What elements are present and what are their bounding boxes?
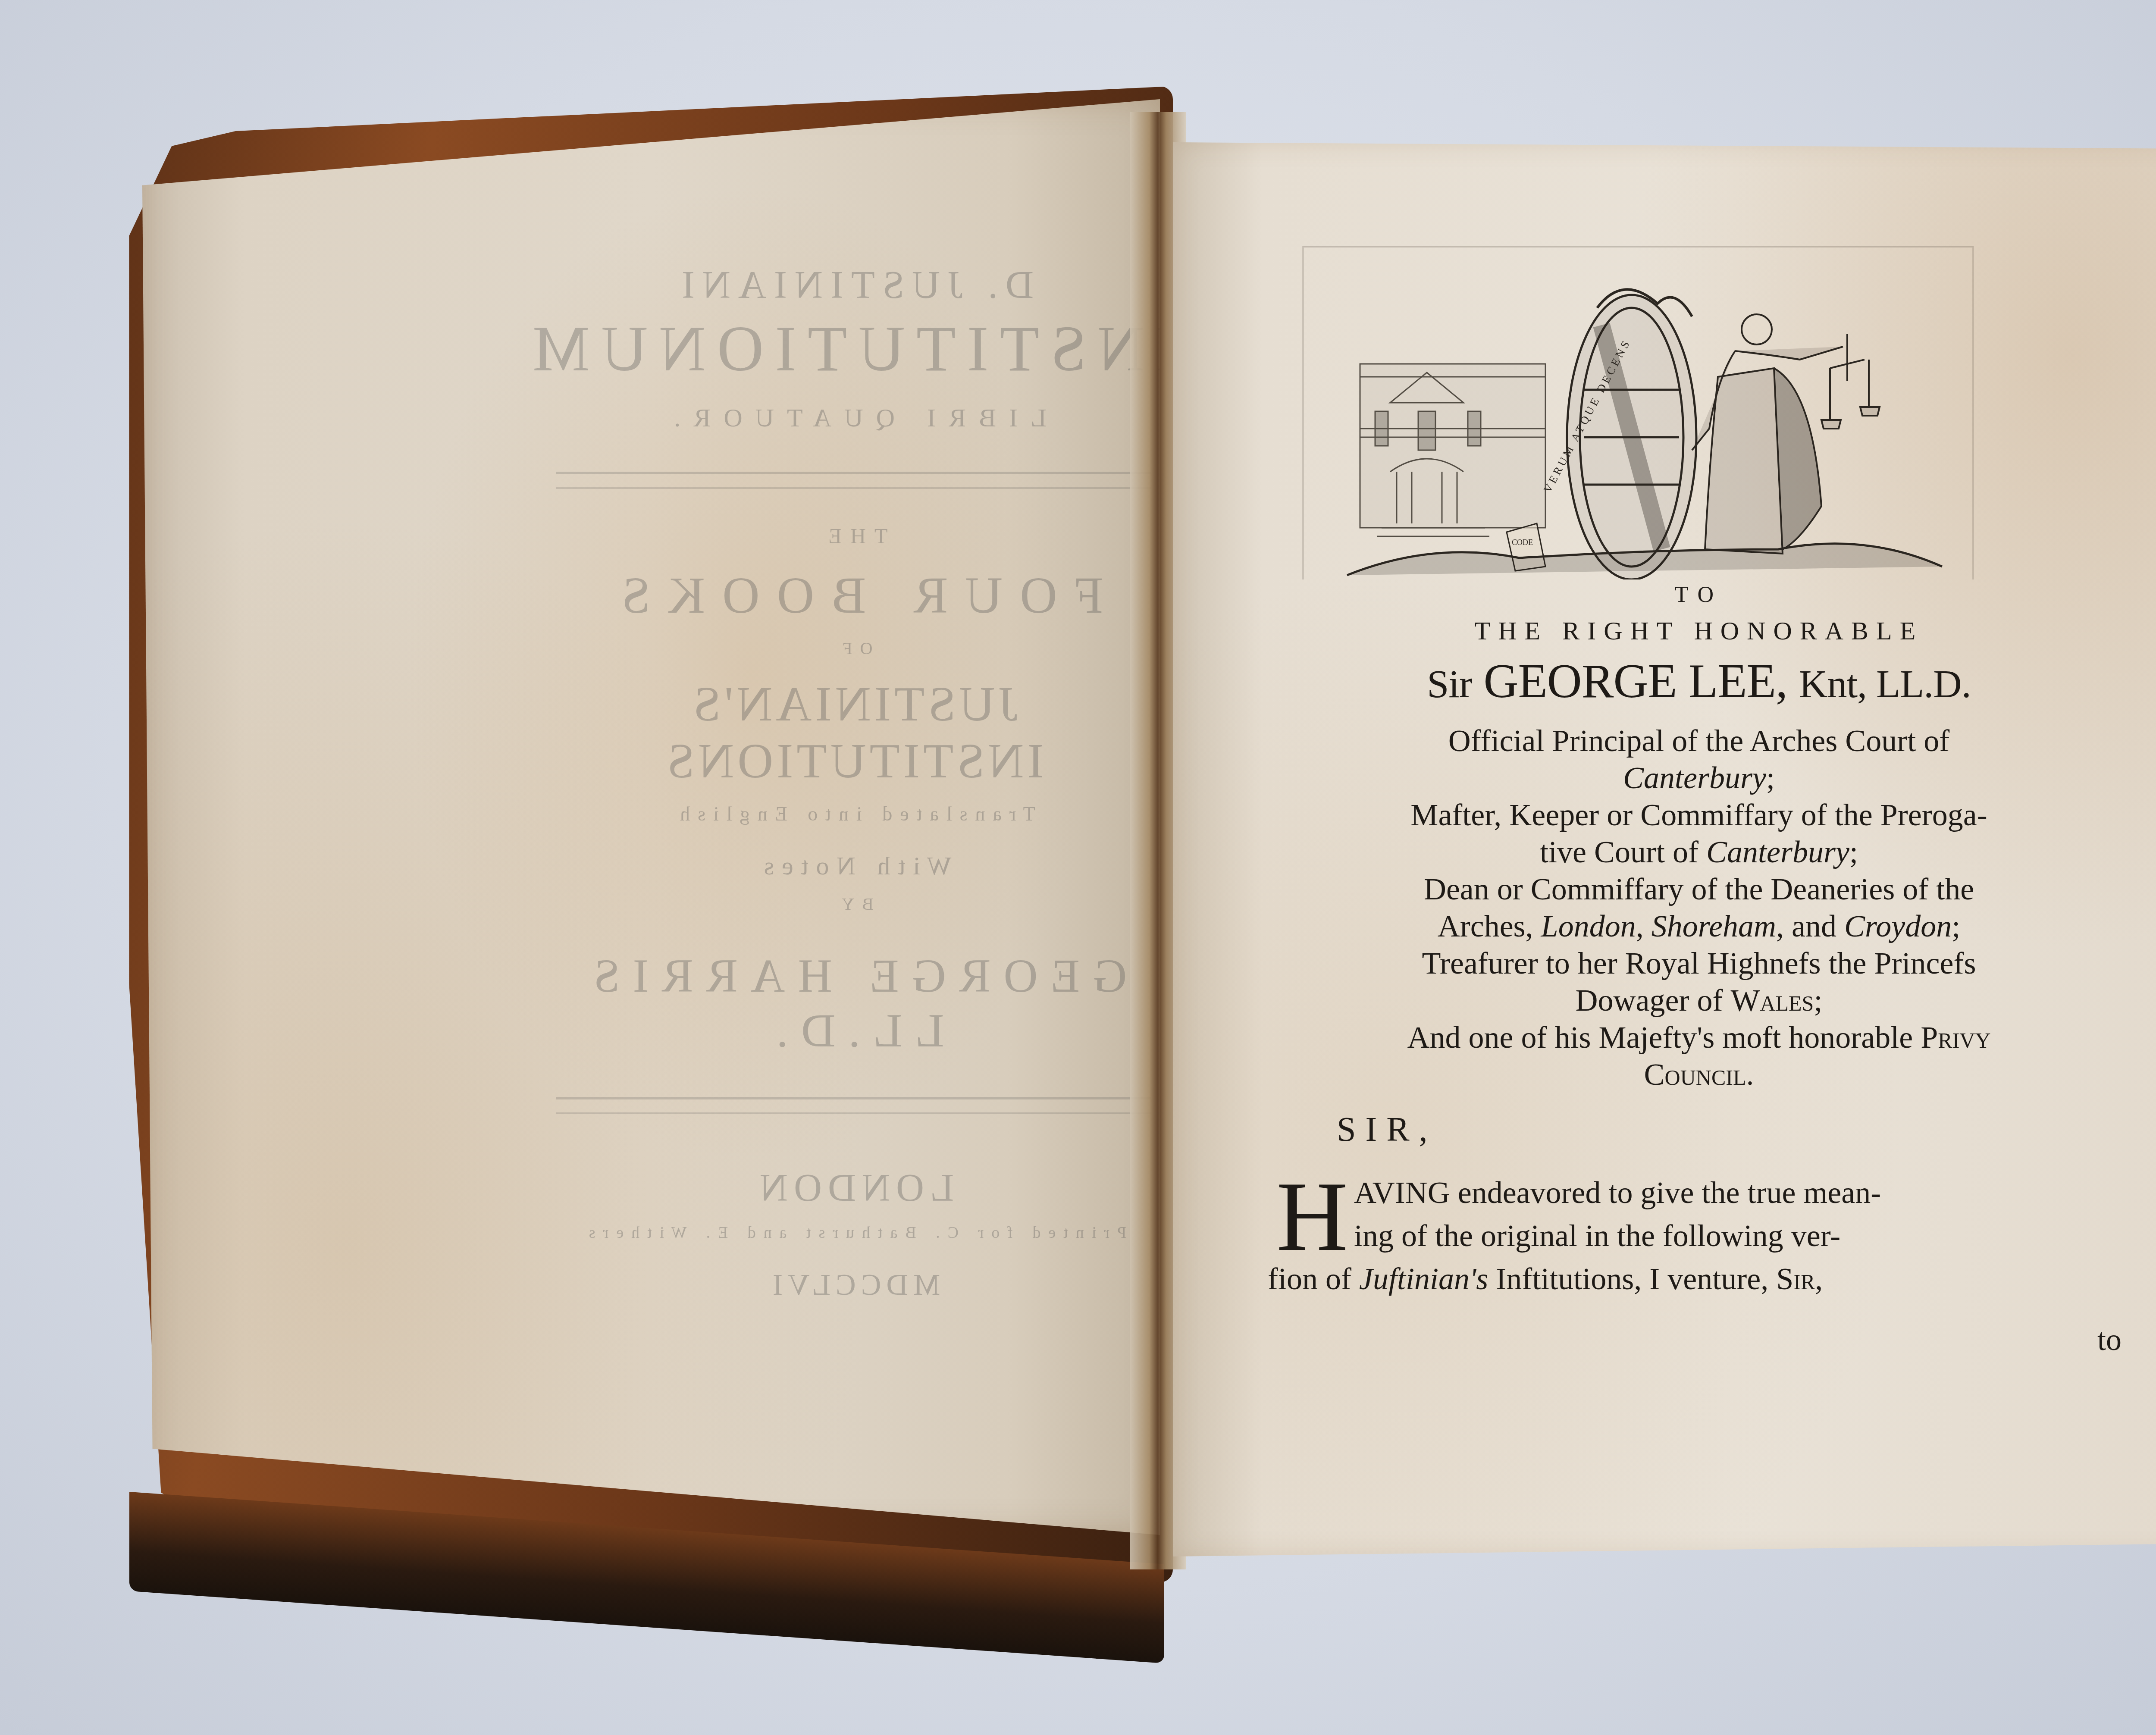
drop-cap: H: [1276, 1174, 1348, 1260]
name-sir: Sir: [1427, 662, 1472, 706]
italic-place: Canterbury: [1623, 761, 1766, 795]
text: And one of his Majefty's moft honorable: [1407, 1020, 1921, 1055]
offset-rule: [556, 487, 1151, 489]
offset-line: INSTITUTIONUM: [530, 312, 1177, 386]
title-line: Official Principal of the Arches Court o…: [1268, 722, 2130, 759]
offset-rule: [556, 1112, 1151, 1114]
title-line: Arches, London, Shoreham, and Croydon;: [1268, 908, 2130, 945]
offset-line: THE: [530, 523, 1177, 548]
addressee-prefix: THE RIGHT HONORABLE: [1268, 616, 2130, 646]
italic-place: Shoreham: [1651, 909, 1776, 943]
offset-line: JUSTINIAN'S INSTITUTIONS: [530, 676, 1177, 789]
punctuation: ;: [1849, 835, 1858, 869]
name-main: GEORGE LEE,: [1484, 655, 1787, 708]
salutation: SIR,: [1337, 1110, 2130, 1149]
offset-line: Printed for C. Bathurst and E. Withers: [530, 1223, 1177, 1242]
punctuation: ;: [1952, 909, 1960, 943]
right-page: CODE VERUM ATQUE DECENS TO THE RIGHT HON…: [1173, 142, 2156, 1556]
italic-name: Juftinian's: [1359, 1262, 1488, 1296]
left-page: D. JUSTINIANI INSTITUTIONUM LIBRI QUATUO…: [142, 99, 1160, 1535]
dedication-to: TO: [1268, 582, 2130, 608]
paragraph-line: ing of the original in the following ver…: [1268, 1214, 2130, 1257]
offset-line: D. JUSTINIANI: [530, 263, 1177, 307]
paragraph-line: AVING endeavored to give the true mean-: [1268, 1171, 2130, 1214]
name-suffix: Knt, LL.D.: [1799, 662, 1971, 706]
offset-line: MDCCLVI: [530, 1268, 1177, 1303]
small-caps-text: Wales: [1730, 983, 1814, 1018]
title-line: Canterbury;: [1268, 759, 2130, 796]
title-line: tive Court of Canterbury;: [1268, 833, 2130, 871]
title-line: Dowager of Wales;: [1268, 982, 2130, 1019]
text: Arches,: [1438, 909, 1541, 943]
engraved-headpiece: CODE VERUM ATQUE DECENS: [1302, 246, 1974, 579]
title-line: Mafter, Keeper or Commiffary of the Prer…: [1268, 796, 2130, 833]
offset-line: LONDON: [530, 1166, 1177, 1210]
title-line: Treafurer to her Royal Highnefs the Prin…: [1268, 945, 2130, 982]
italic-place: Croydon: [1844, 909, 1952, 943]
offset-line: With Notes: [530, 851, 1177, 881]
text: tive Court of: [1540, 835, 1706, 869]
italic-place: Canterbury: [1706, 835, 1849, 869]
title-page-offset: D. JUSTINIANI INSTITUTIONUM LIBRI QUATUO…: [530, 254, 1177, 1505]
offset-line: BY: [530, 894, 1177, 914]
punctuation: ,: [1815, 1262, 1823, 1296]
dedication-paragraph: H AVING endeavored to give the true mean…: [1268, 1171, 2130, 1300]
text: , and: [1776, 909, 1844, 943]
punctuation: ;: [1814, 983, 1822, 1018]
justice-engraving-icon: CODE: [1304, 247, 1972, 579]
dedication-block: TO THE RIGHT HONORABLE Sir GEORGE LEE, K…: [1268, 582, 2130, 1358]
title-line: Dean or Commiffary of the Deaneries of t…: [1268, 871, 2130, 908]
offset-line: OF: [530, 638, 1177, 658]
title-line: Council.: [1268, 1056, 2130, 1093]
text: ,: [1636, 909, 1651, 943]
offset-line: FOUR BOOKS: [530, 566, 1177, 625]
text: Dowager of: [1576, 983, 1731, 1018]
punctuation: ;: [1766, 761, 1775, 795]
offset-line: GEORGE HARRIS LL.D.: [530, 949, 1177, 1058]
code-book-label: CODE: [1512, 538, 1533, 547]
text: Inftitutions, I venture,: [1488, 1262, 1776, 1296]
addressee-name: Sir GEORGE LEE, Knt, LL.D.: [1268, 654, 2130, 709]
offset-rule: [556, 472, 1151, 474]
offset-line: Translated into English: [530, 802, 1177, 825]
offset-line: LIBRI QUATUOR.: [530, 403, 1177, 433]
title-line: And one of his Majefty's moft honorable …: [1268, 1019, 2130, 1056]
open-book: D. JUSTINIANI INSTITUTIONUM LIBRI QUATUO…: [0, 0, 2156, 1735]
paragraph-line: fion of Juftinian's Inftitutions, I vent…: [1268, 1257, 2130, 1300]
small-caps-text: Sir: [1776, 1262, 1815, 1296]
offset-rule: [556, 1097, 1151, 1099]
catchword: to: [1268, 1322, 2122, 1358]
italic-place: London: [1541, 909, 1636, 943]
small-caps-text: Privy: [1921, 1020, 1990, 1055]
